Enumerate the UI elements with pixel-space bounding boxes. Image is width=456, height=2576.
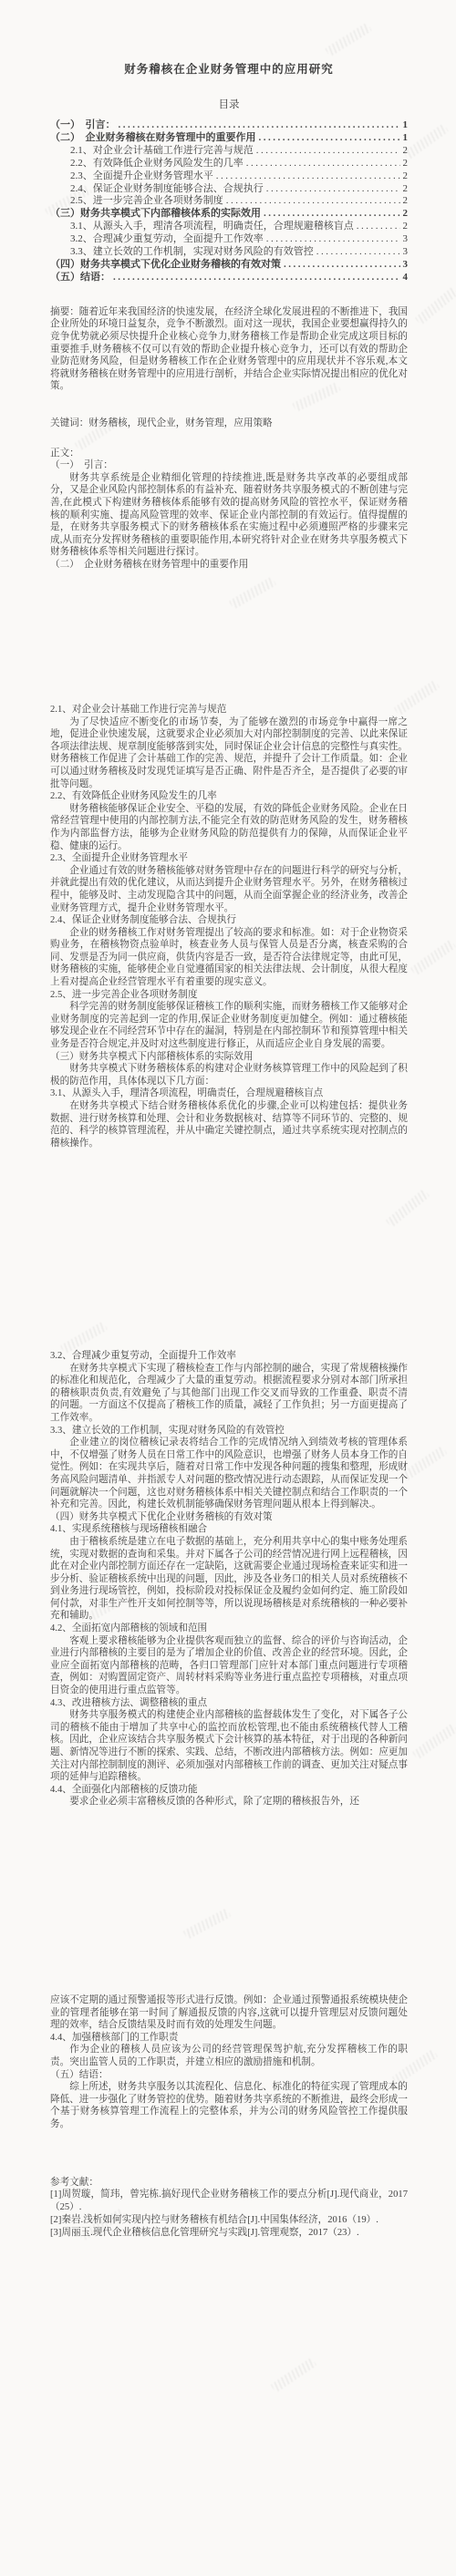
- section-heading: 4.1、实现系统稽核与现场稽核相融合: [50, 1523, 408, 1536]
- toc-dot-leader: ........................................…: [113, 272, 400, 284]
- section-heading: 3.3、建立长效的工作机制，实现对财务风险的有效管控: [50, 1425, 408, 1437]
- body-paragraph: 要求企业必须丰富稽核反馈的各种形式，除了定期的稽核报告外，还: [50, 1796, 408, 1808]
- toc-dot-leader: ........................................…: [119, 119, 400, 132]
- toc-entry-page-number: 4: [403, 272, 409, 284]
- toc-entry: 3.3、建立长效的工作机制，实现对财务风险的有效管控..............…: [50, 246, 408, 259]
- references-heading: 参考文献：: [50, 2177, 408, 2190]
- keywords-label: 关键词：: [50, 418, 88, 428]
- keywords-line: 关键词：财务稽核，现代企业，财务管理，应用策略: [50, 417, 408, 430]
- toc-entry: 2.4、保证企业财务制度能够合法、合规执行...................…: [50, 183, 408, 196]
- abstract-label: 摘要：: [50, 307, 79, 317]
- body-paragraph: 企业建立的岗位稽核记录表将结合工作的完成情况纳入到绩效考核的管理体系中，不仅增强…: [50, 1437, 408, 1511]
- section-heading: 3.1、从源头入手，理清各项流程，明确责任，合理规避稽核盲点: [50, 1087, 408, 1100]
- page-2: 2.1、对企业会计基础工作进行完善与规范为了尽快适应不断变化的市场节奏，为了能够…: [50, 704, 408, 1149]
- toc-entry: 2.3、全面提升企业财务管理水平........................…: [50, 170, 408, 183]
- section-heading: 2.4、保证企业财务制度能够合法、合规执行: [50, 914, 408, 927]
- toc-heading: 目录: [50, 97, 408, 111]
- toc-entry-page-number: 2: [403, 208, 409, 221]
- toc-entry-label: （二） 企业财务稽核在财务管理中的重要作用: [50, 132, 256, 145]
- abstract-paragraph: 摘要：随着近年来我国经济的快速发展，在经济全球化发展进程的不断推进下，我国企业所…: [50, 306, 408, 393]
- toc-entry-page-number: 2: [403, 170, 409, 183]
- toc-dot-leader: ........................................…: [264, 208, 400, 221]
- toc-dot-leader: ........................................…: [266, 183, 400, 196]
- section-heading: （四）财务共享模式下优化企业财务稽核的有效对策: [50, 1511, 408, 1524]
- section-heading: 4.4、加强稽核部门的工作职责: [50, 2032, 408, 2045]
- toc-entry: 2.1、对企业会计基础工作进行完善与规范....................…: [50, 145, 408, 158]
- toc-entry: （二） 企业财务稽核在财务管理中的重要作用...................…: [50, 132, 408, 145]
- body-paragraph: 为了尽快适应不断变化的市场节奏，为了能够在激烈的市场竞争中赢得一席之地，促进企业…: [50, 716, 408, 791]
- toc-entry-label: 2.2、有效降低企业财务风险发生的几率: [70, 158, 244, 170]
- body-paragraph: 在财务共享模式下结合财务稽核体系优化的步骤,企业可以构建包括：提供业务数据、进行…: [50, 1100, 408, 1149]
- reference-item: [3]周丽玉.现代企业稽核信息化管理研究与实践[J].管理观察，2017（23）…: [50, 2227, 408, 2240]
- toc-entry-page-number: 2: [403, 221, 409, 233]
- toc-dot-leader: ........................................…: [226, 195, 400, 208]
- reference-item: [2]秦岩.浅析如何实现内控与财务稽核有机结合[J].中国集体经济，2016（1…: [50, 2214, 408, 2227]
- toc-dot-leader: ........................................…: [266, 233, 400, 246]
- body-paragraph: 科学完善的财务制度能够保证稽核工作的顺利实施，而财务稽核工作又能够对企业财务制度…: [50, 1001, 408, 1050]
- section-heading: 2.2、有效降低企业财务风险发生的几率: [50, 790, 408, 803]
- watermark-smudge: [183, 1908, 232, 1940]
- toc-entry-label: 2.4、保证企业财务制度能够合法、合规执行: [70, 183, 264, 196]
- toc-entry-page-number: 2: [403, 183, 409, 196]
- toc-entry: （五）结语：..................................…: [50, 272, 408, 284]
- body-paragraph: 客观上要求稽核能够为企业提供客观而独立的监督、综合的评价与咨询活动，企业进行内部…: [50, 1635, 408, 1697]
- toc-entry: 2.5、进一步完善企业各项财务制度.......................…: [50, 195, 408, 208]
- toc-dot-leader: ........................................…: [259, 132, 400, 145]
- body-blocks-page-1: 正文：（一） 引言：财务共享系统是企业精细化管理的持续推进,既是财务共享改革的必…: [50, 448, 408, 572]
- watermark-smudge: [412, 1723, 456, 1760]
- toc-dot-leader: ........................................…: [284, 259, 400, 272]
- toc-entry: （一） 引言：.................................…: [50, 119, 408, 132]
- toc-entry-label: 3.3、建立长效的工作机制，实现对财务风险的有效管控: [70, 246, 314, 259]
- toc-entry-page-number: 3: [403, 259, 409, 272]
- reference-item: [1]周贺璇，简玮，曾宪栋.搞好现代企业财务稽核工作的要点分析[J].现代商业，…: [50, 2189, 408, 2214]
- body-paragraph: 综上所述，财务共享服务以其流程化、信息化、标准化的特征实现了管理成本的降低、进一…: [50, 2081, 408, 2130]
- table-of-contents: （一） 引言：.................................…: [50, 119, 408, 284]
- toc-entry-label: 3.2、合理减少重复劳动，全面提升工作效率: [70, 233, 264, 246]
- body-paragraph: 企业的财务稽核工作对财务管理提出了较高的要求和标准。如：对于企业物资采购业务，在…: [50, 927, 408, 989]
- toc-entry-label: （一） 引言：: [50, 119, 116, 132]
- watermark-smudge: [403, 123, 449, 160]
- body-blocks-page-3: 3.2、合理减少重复劳动，全面提升工作效率在财务共享模式下实现了稽核检查工作与内…: [50, 1350, 408, 1808]
- body-paragraph: 应该不定期的通过预警通报等形式进行反馈。例如：企业通过预警通报系统模块使企业的管…: [50, 1994, 408, 2032]
- toc-entry-page-number: 3: [403, 233, 409, 246]
- page-3: 3.2、合理减少重复劳动，全面提升工作效率在财务共享模式下实现了稽核检查工作与内…: [50, 1350, 408, 1808]
- toc-entry: （三）财务共享模式下内部稽核体系的实际效用...................…: [50, 208, 408, 221]
- toc-entry-page-number: 3: [403, 246, 409, 259]
- scanned-document: { "document": { "title": "财务稽核在企业财务管理中的应…: [0, 0, 456, 2576]
- toc-entry: （四）财务共享模式下优化企业财务稽核的有效对策.................…: [50, 259, 408, 272]
- watermark-smudge: [229, 576, 276, 610]
- body-paragraph: 企业通过有效的财务稽核能够对财务管理中存在的问题进行科学的研究与分析，并就此提出…: [50, 865, 408, 914]
- body-paragraph: 作为企业的稽核人员应该为公司的经营管理保驾护航,充分发挥稽核工作的职责。突出监管…: [50, 2044, 408, 2068]
- references-list: [1]周贺璇，简玮，曾宪栋.搞好现代企业财务稽核工作的要点分析[J].现代商业，…: [50, 2189, 408, 2239]
- section-heading: （五）结语：: [50, 2069, 408, 2082]
- keywords-text: 财务稽核，现代企业，财务管理，应用策略: [88, 418, 272, 428]
- toc-entry: 3.1、从源头入手，理清各项流程，明确责任，合理规避稽核盲点..........…: [50, 221, 408, 233]
- body-paragraph: 由于稽核系统是建立在电子数据的基础上，充分利用共享中心的集中账务处理系统，实现对…: [50, 1536, 408, 1623]
- section-heading: 3.2、合理减少重复劳动，全面提升工作效率: [50, 1350, 408, 1363]
- toc-entry: 2.2、有效降低企业财务风险发生的几率.....................…: [50, 158, 408, 170]
- section-heading: 正文：: [50, 448, 408, 460]
- page-1: 财务稽核在企业财务管理中的应用研究 目录 （一） 引言：............…: [50, 60, 408, 571]
- toc-entry-label: （四）财务共享模式下优化企业财务稽核的有效对策: [50, 259, 281, 272]
- toc-entry-page-number: 2: [403, 158, 409, 170]
- section-heading: 2.3、全面提升企业财务管理水平: [50, 852, 408, 865]
- section-heading: 2.5、进一步完善企业各项财务制度: [50, 989, 408, 1002]
- section-heading: 4.4、全面强化内部稽核的反馈功能: [50, 1784, 408, 1797]
- toc-dot-leader: ........................................…: [357, 221, 400, 233]
- watermark-smudge: [415, 286, 456, 325]
- watermark-smudge: [410, 939, 456, 976]
- toc-entry-label: 2.5、进一步完善企业各项财务制度: [70, 195, 223, 208]
- body-blocks-page-2: 2.1、对企业会计基础工作进行完善与规范为了尽快适应不断变化的市场节奏，为了能够…: [50, 704, 408, 1149]
- toc-entry: 3.2、合理减少重复劳动，全面提升工作效率...................…: [50, 233, 408, 246]
- toc-entry-page-number: 1: [403, 119, 409, 132]
- toc-dot-leader: ........................................…: [316, 246, 400, 259]
- toc-entry-label: （三）财务共享模式下内部稽核体系的实际效用: [50, 208, 261, 221]
- abstract-text: 随着近年来我国经济的快速发展，在经济全球化发展进程的不断推进下，我国企业所处的环…: [50, 307, 408, 392]
- toc-entry-label: 3.1、从源头入手，理清各项流程，明确责任，合理规避稽核盲点: [70, 221, 354, 233]
- body-paragraph: 财务共享模式下财务稽核体系的构建对企业财务核算管理工作中的风险起到了积极的防范作…: [50, 1063, 408, 1087]
- toc-dot-leader: ........................................…: [256, 145, 400, 158]
- body-paragraph: 在财务共享模式下实现了稽核检查工作与内部控制的融合，实现了常规稽核操作的标准化和…: [50, 1363, 408, 1425]
- watermark-smudge: [401, 1446, 448, 1481]
- toc-entry-page-number: 1: [403, 132, 409, 145]
- references-section: 参考文献： [1]周贺璇，简玮，曾宪栋.搞好现代企业财务稽核工作的要点分析[J]…: [50, 2177, 408, 2240]
- section-heading: 2.1、对企业会计基础工作进行完善与规范: [50, 704, 408, 716]
- document-title: 财务稽核在企业财务管理中的应用研究: [50, 60, 408, 77]
- body-blocks-page-4: 应该不定期的通过预警通报等形式进行反馈。例如：企业通过预警通报系统模块使企业的管…: [50, 1994, 408, 2131]
- watermark-smudge: [386, 1189, 430, 1228]
- section-heading: （一） 引言：: [50, 459, 408, 472]
- toc-dot-leader: ........................................…: [246, 158, 400, 170]
- toc-entry-label: 2.1、对企业会计基础工作进行完善与规范: [70, 145, 254, 158]
- toc-entry-label: 2.3、全面提升企业财务管理水平: [70, 170, 213, 183]
- toc-entry-page-number: 2: [403, 195, 409, 208]
- watermark-smudge: [325, 23, 372, 57]
- toc-entry-page-number: 2: [403, 145, 409, 158]
- section-heading: （三）财务共享模式下内部稽核体系的实际效用: [50, 1051, 408, 1064]
- toc-dot-leader: ........................................…: [216, 170, 400, 183]
- section-heading: 4.3、改进稽核方法、调整稽核的重点: [50, 1697, 408, 1710]
- body-paragraph: 财务共享服务模式的构建使企业内部稽核的监督载体发生了变化，对下属各子公司的稽核不…: [50, 1709, 408, 1784]
- body-paragraph: 财务共享系统是企业精细化管理的持续推进,既是财务共享改革的必要组成部分，又是企业…: [50, 472, 408, 559]
- section-heading: （二） 企业财务稽核在财务管理中的重要作用: [50, 559, 408, 572]
- page-4: 应该不定期的通过预警通报等形式进行反馈。例如：企业通过预警通报系统模块使企业的管…: [50, 1994, 408, 2240]
- toc-entry-label: （五）结语：: [50, 272, 110, 284]
- section-heading: 4.2、全面拓宽内部稽核的领域和范围: [50, 1623, 408, 1635]
- watermark-smudge: [271, 2357, 317, 2393]
- body-paragraph: 财务稽核能够保证企业安全、平稳的发展，有效的降低企业财务风险。企业在日常经营管理…: [50, 803, 408, 852]
